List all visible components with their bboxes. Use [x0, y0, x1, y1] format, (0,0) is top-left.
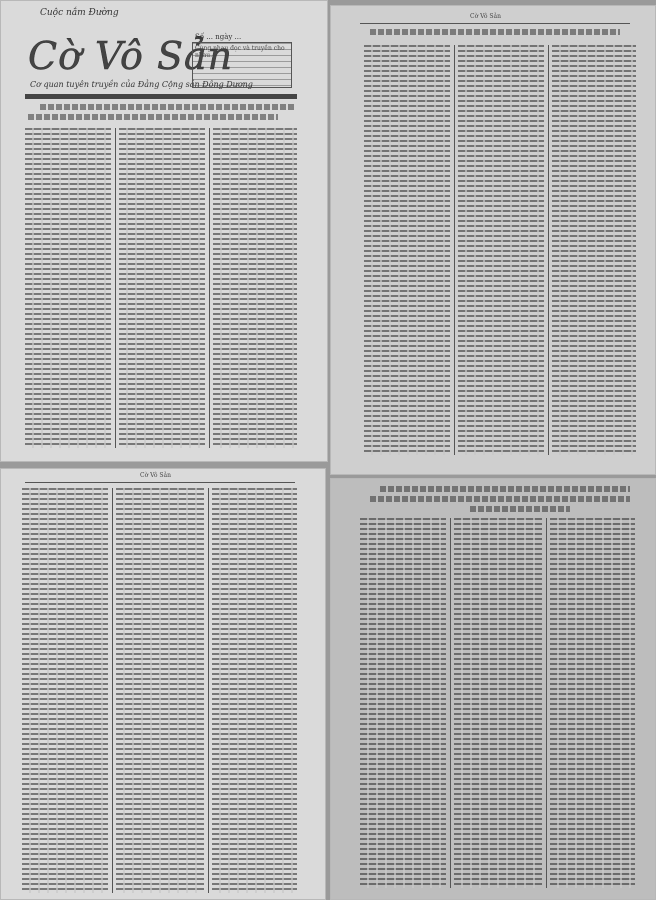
page1-body: [25, 128, 297, 448]
page3-body: [22, 488, 297, 893]
column: [212, 488, 297, 893]
column: [360, 518, 446, 888]
page2-body: [364, 45, 636, 455]
column-rule: [115, 128, 116, 448]
column-rule: [112, 488, 113, 893]
page-header: Cờ Vô Sản: [470, 13, 501, 20]
page4-body: [360, 518, 635, 888]
page-4: [330, 478, 656, 900]
page-1: Cuộc nắm Đường Cờ Vô Sản Cơ quan tuyên t…: [0, 0, 328, 462]
page1-headline-line2: [28, 114, 278, 120]
column-rule: [208, 488, 209, 893]
page-3: Cờ Vô Sản: [0, 468, 326, 900]
page-2: Cờ Vô Sản: [330, 5, 656, 475]
column: [364, 45, 450, 455]
page-header: Cờ Vô Sản: [140, 472, 171, 479]
masthead-box-note: Cùng nhau đọc và truyền cho nhau...: [192, 42, 292, 88]
page4-headline-line3: [470, 506, 570, 512]
column: [22, 488, 108, 893]
column: [116, 488, 204, 893]
column-rule: [450, 518, 451, 888]
page-header-rule: [25, 482, 295, 483]
page4-headline: [380, 486, 630, 492]
handwritten-note: Cuộc nắm Đường: [40, 8, 119, 18]
column-rule: [209, 128, 210, 448]
column-rule: [546, 518, 547, 888]
page1-headline: [40, 104, 295, 110]
column: [458, 45, 544, 455]
page-header-rule: [360, 23, 630, 24]
issue-line: Số ... ngày ...: [195, 33, 241, 41]
column-rule: [548, 45, 549, 455]
column: [25, 128, 111, 448]
column-rule: [454, 45, 455, 455]
column: [550, 518, 635, 888]
column: [552, 45, 636, 455]
column: [119, 128, 205, 448]
page4-headline-line2: [370, 496, 630, 502]
column: [213, 128, 297, 448]
masthead-divider-band: [25, 94, 297, 99]
page2-headline: [370, 29, 620, 35]
column: [454, 518, 542, 888]
